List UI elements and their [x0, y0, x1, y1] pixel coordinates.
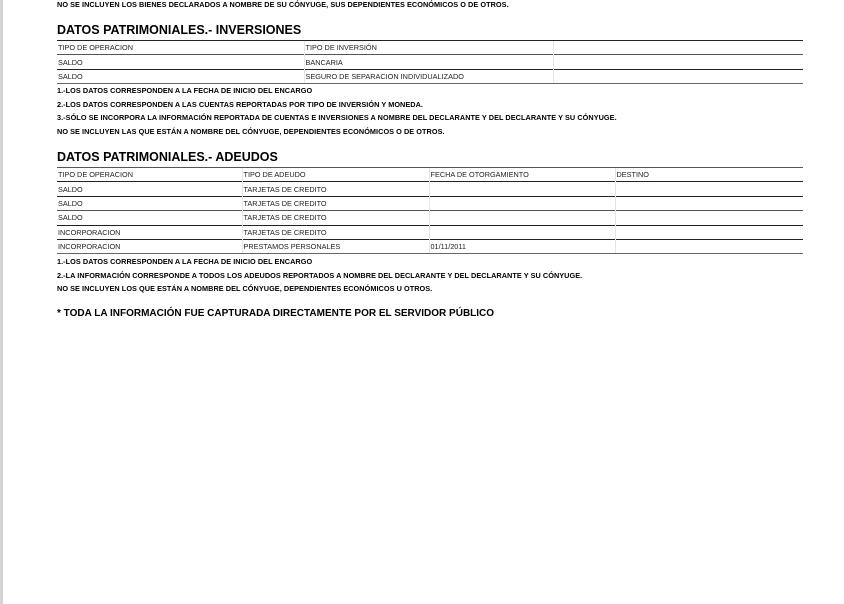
- inversiones-note-1: 1.-LOS DATOS CORRESPONDEN A LA FECHA DE …: [57, 84, 617, 98]
- cell-tipo-operacion: SALDO: [57, 196, 242, 210]
- table-row: SALDO SEGURO DE SEPARACION INDIVIDUALIZA…: [57, 69, 803, 83]
- inversiones-notes: 1.-LOS DATOS CORRESPONDEN A LA FECHA DE …: [57, 84, 617, 138]
- table-row: SALDO TARJETAS DE CREDITO: [57, 196, 803, 210]
- cell-tipo-adeudo: TARJETAS DE CREDITO: [242, 196, 429, 210]
- cell-tipo-operacion: INCORPORACION: [57, 239, 242, 253]
- cell-empty: [553, 55, 803, 69]
- table-row: SALDO TARJETAS DE CREDITO: [57, 211, 803, 225]
- header-tipo-adeudo: TIPO DE ADEUDO: [242, 168, 429, 182]
- inversiones-title: DATOS PATRIMONIALES.- INVERSIONES: [57, 23, 301, 37]
- inversiones-header-row: TIPO DE OPERACION TIPO DE INVERSIÓN: [57, 41, 803, 55]
- table-row: INCORPORACION PRESTAMOS PERSONALES 01/11…: [57, 239, 803, 253]
- header-destino: DESTINO: [615, 168, 803, 182]
- cell-empty: [553, 69, 803, 83]
- adeudos-note-1: 1.-LOS DATOS CORRESPONDEN A LA FECHA DE …: [57, 255, 582, 269]
- adeudos-title: DATOS PATRIMONIALES.- ADEUDOS: [57, 150, 278, 164]
- bienes-exclusion-note: NO SE INCLUYEN LOS BIENES DECLARADOS A N…: [57, 0, 509, 12]
- cell-tipo-operacion: INCORPORACION: [57, 225, 242, 239]
- cell-destino: [615, 182, 803, 196]
- table-row: SALDO TARJETAS DE CREDITO: [57, 182, 803, 196]
- cell-tipo-operacion: SALDO: [57, 211, 242, 225]
- adeudos-table: TIPO DE OPERACION TIPO DE ADEUDO FECHA D…: [57, 167, 803, 254]
- cell-tipo-adeudo: TARJETAS DE CREDITO: [242, 211, 429, 225]
- captura-servidor-note: * TODA LA INFORMACIÓN FUE CAPTURADA DIRE…: [57, 308, 494, 319]
- header-tipo-inversion: TIPO DE INVERSIÓN: [304, 41, 553, 55]
- cell-tipo-operacion: SALDO: [57, 182, 242, 196]
- table-row: INCORPORACION TARJETAS DE CREDITO: [57, 225, 803, 239]
- cell-tipo-inversion: BANCARIA: [304, 55, 553, 69]
- header-tipo-operacion: TIPO DE OPERACION: [57, 168, 242, 182]
- cell-tipo-operacion: SALDO: [57, 55, 304, 69]
- cell-tipo-operacion: SALDO: [57, 69, 304, 83]
- inversiones-note-3: 3.-SÓLO SE INCORPORA LA INFORMACIÓN REPO…: [57, 111, 617, 125]
- inversiones-table: TIPO DE OPERACION TIPO DE INVERSIÓN SALD…: [57, 40, 803, 84]
- header-tipo-operacion: TIPO DE OPERACION: [57, 41, 304, 55]
- cell-tipo-adeudo: TARJETAS DE CREDITO: [242, 225, 429, 239]
- adeudos-header-row: TIPO DE OPERACION TIPO DE ADEUDO FECHA D…: [57, 168, 803, 182]
- cell-tipo-inversion: SEGURO DE SEPARACION INDIVIDUALIZADO: [304, 69, 553, 83]
- cell-fecha: [429, 225, 615, 239]
- cell-destino: [615, 211, 803, 225]
- cell-fecha: 01/11/2011: [429, 239, 615, 253]
- header-empty: [553, 41, 803, 55]
- cell-fecha: [429, 211, 615, 225]
- cell-fecha: [429, 196, 615, 210]
- adeudos-note-2: 2.-LA INFORMACIÓN CORRESPONDE A TODOS LO…: [57, 269, 582, 283]
- inversiones-note-2: 2.-LOS DATOS CORRESPONDEN A LAS CUENTAS …: [57, 98, 617, 112]
- table-row: SALDO BANCARIA: [57, 55, 803, 69]
- inversiones-note-4: NO SE INCLUYEN LAS QUE ESTÁN A NOMBRE DE…: [57, 125, 617, 139]
- cell-destino: [615, 196, 803, 210]
- cell-fecha: [429, 182, 615, 196]
- cell-tipo-adeudo: PRESTAMOS PERSONALES: [242, 239, 429, 253]
- adeudos-note-3: NO SE INCLUYEN LOS QUE ESTÁN A NOMBRE DE…: [57, 282, 582, 296]
- cell-destino: [615, 225, 803, 239]
- adeudos-notes: 1.-LOS DATOS CORRESPONDEN A LA FECHA DE …: [57, 255, 582, 296]
- cell-destino: [615, 239, 803, 253]
- page-left-edge: [0, 0, 3, 604]
- header-fecha-otorgamiento: FECHA DE OTORGAMIENTO: [429, 168, 615, 182]
- cell-tipo-adeudo: TARJETAS DE CREDITO: [242, 182, 429, 196]
